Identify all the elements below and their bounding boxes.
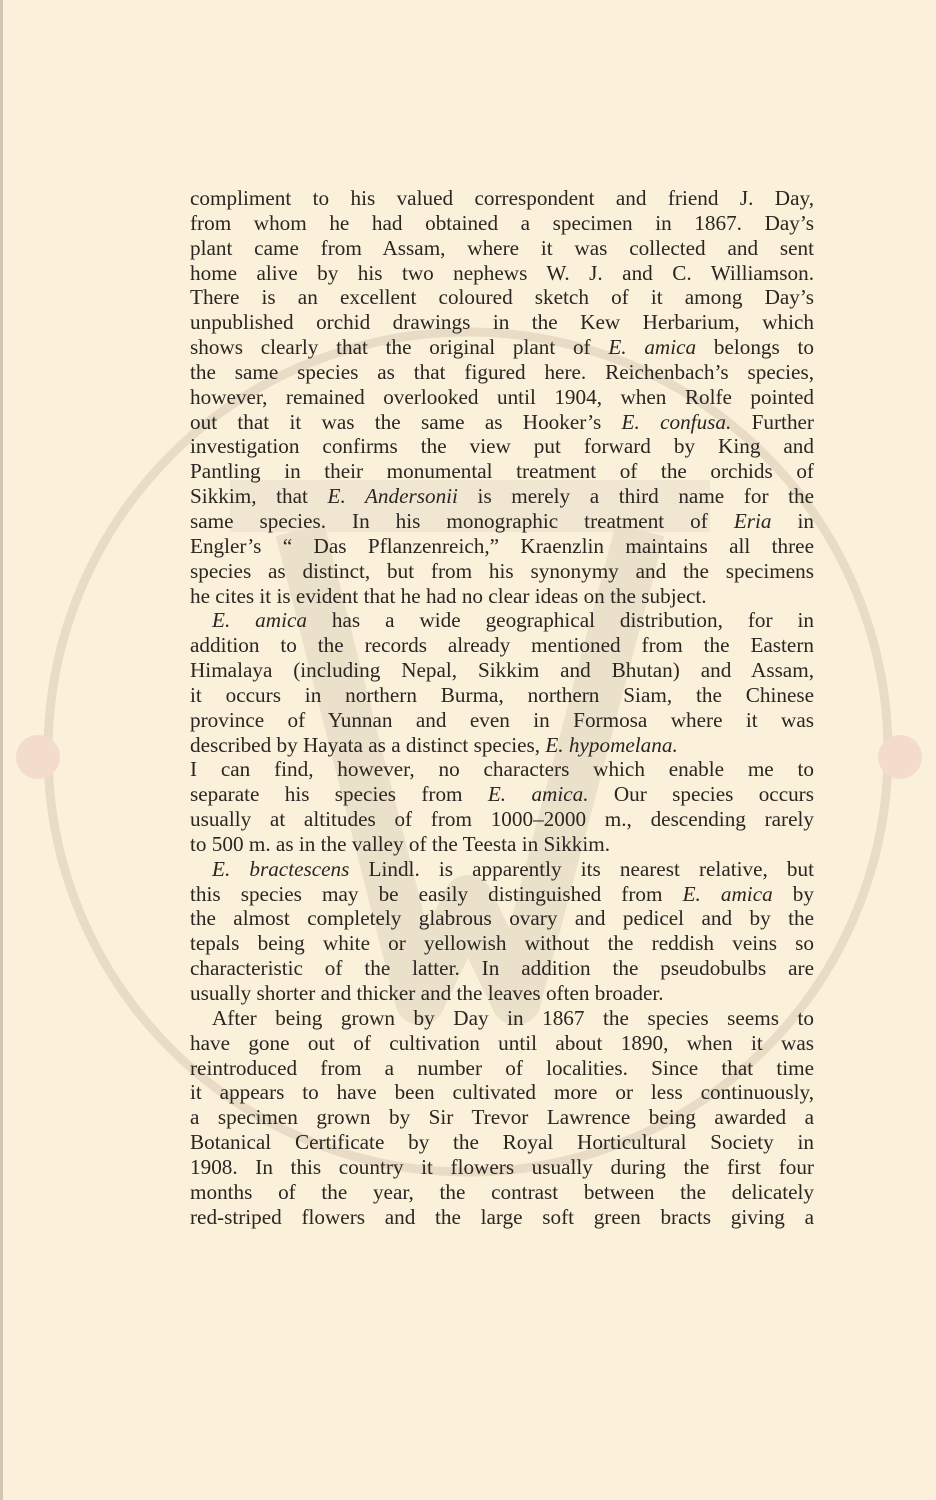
text-segment: has a wide geographical distribution, fo… bbox=[307, 608, 814, 632]
text-line: this species may be easily distinguished… bbox=[190, 882, 814, 907]
text-line: addition to the records already mentione… bbox=[190, 633, 814, 658]
text-line: home alive by his two nephews W. J. and … bbox=[190, 261, 814, 286]
text-segment: out that it was the same as Hooker’s bbox=[190, 410, 622, 434]
text-segment: separate his species from bbox=[190, 782, 488, 806]
text-segment: described by Hayata as a distinct specie… bbox=[190, 733, 545, 757]
text-line: Pantling in their monumental treatment o… bbox=[190, 459, 814, 484]
text-line: to 500 m. as in the valley of the Teesta… bbox=[190, 832, 814, 857]
italic-species-name: E. hypomelana. bbox=[545, 733, 677, 757]
text-line: months of the year, the contrast between… bbox=[190, 1180, 814, 1205]
text-line: tepals being white or yellowish without … bbox=[190, 931, 814, 956]
text-line: red-striped flowers and the large soft g… bbox=[190, 1205, 814, 1230]
italic-species-name: E. confusa. bbox=[622, 410, 732, 434]
text-line: shows clearly that the original plant of… bbox=[190, 335, 814, 360]
text-line: characteristic of the latter. In additio… bbox=[190, 956, 814, 981]
text-line: out that it was the same as Hooker’s E. … bbox=[190, 410, 814, 435]
text-segment: belongs to bbox=[696, 335, 814, 359]
text-segment: Further bbox=[731, 410, 814, 434]
text-line: however, remained overlooked until 1904,… bbox=[190, 385, 814, 410]
text-line: E. amica has a wide geographical distrib… bbox=[190, 608, 814, 633]
text-line: reintroduced from a number of localities… bbox=[190, 1056, 814, 1081]
text-line: a specimen grown by Sir Trevor Lawrence … bbox=[190, 1105, 814, 1130]
text-line: Botanical Certificate by the Royal Horti… bbox=[190, 1130, 814, 1155]
text-line: the almost completely glabrous ovary and… bbox=[190, 906, 814, 931]
italic-species-name: E. amica. bbox=[488, 782, 589, 806]
text-line: E. bractescens Lindl. is apparently its … bbox=[190, 857, 814, 882]
text-line: There is an excellent coloured sketch of… bbox=[190, 285, 814, 310]
text-segment: in bbox=[772, 509, 814, 533]
italic-species-name: Eria bbox=[734, 509, 772, 533]
text-line: usually shorter and thicker and the leav… bbox=[190, 981, 814, 1006]
text-segment: Sikkim, that bbox=[190, 484, 328, 508]
text-line: province of Yunnan and even in Formosa w… bbox=[190, 708, 814, 733]
text-line: separate his species from E. amica. Our … bbox=[190, 782, 814, 807]
text-line: described by Hayata as a distinct specie… bbox=[190, 733, 814, 758]
text-line: Sikkim, that E. Andersonii is merely a t… bbox=[190, 484, 814, 509]
text-line: Engler’s “ Das Pflanzenreich,” Kraenzlin… bbox=[190, 534, 814, 559]
text-line: plant came from Assam, where it was coll… bbox=[190, 236, 814, 261]
text-line: he cites it is evident that he had no cl… bbox=[190, 584, 814, 609]
text-line: from whom he had obtained a specimen in … bbox=[190, 211, 814, 236]
italic-species-name: E. Andersonii bbox=[328, 484, 458, 508]
text-line: the same species as that figured here. R… bbox=[190, 360, 814, 385]
text-segment: this species may be easily distinguished… bbox=[190, 882, 683, 906]
text-line: After being grown by Day in 1867 the spe… bbox=[190, 1006, 814, 1031]
text-line: I can find, however, no characters which… bbox=[190, 757, 814, 782]
italic-species-name: E. amica bbox=[608, 335, 696, 359]
text-line: unpublished orchid drawings in the Kew H… bbox=[190, 310, 814, 335]
page-edge bbox=[0, 0, 3, 1500]
text-line: same species. In his monographic treatme… bbox=[190, 509, 814, 534]
text-line: compliment to his valued correspondent a… bbox=[190, 186, 814, 211]
text-line: usually at altitudes of from 1000–2000 m… bbox=[190, 807, 814, 832]
body-text: compliment to his valued correspondent a… bbox=[190, 186, 814, 1229]
text-segment: Our species occurs bbox=[589, 782, 814, 806]
italic-species-name: E. amica bbox=[212, 608, 307, 632]
text-line: Himalaya (including Nepal, Sikkim and Bh… bbox=[190, 658, 814, 683]
text-line: 1908. In this country it flowers usually… bbox=[190, 1155, 814, 1180]
text-line: species as distinct, but from his synony… bbox=[190, 559, 814, 584]
italic-species-name: E. amica bbox=[683, 882, 773, 906]
italic-species-name: E. bractescens bbox=[212, 857, 349, 881]
text-segment: shows clearly that the original plant of bbox=[190, 335, 608, 359]
text-segment: same species. In his monographic treatme… bbox=[190, 509, 734, 533]
text-segment: is merely a third name for the bbox=[458, 484, 814, 508]
text-segment: Lindl. is apparently its nearest relativ… bbox=[349, 857, 814, 881]
text-line: it appears to have been cultivated more … bbox=[190, 1080, 814, 1105]
text-line: it occurs in northern Burma, northern Si… bbox=[190, 683, 814, 708]
text-segment: by bbox=[773, 882, 814, 906]
text-line: have gone out of cultivation until about… bbox=[190, 1031, 814, 1056]
text-line: investigation confirms the view put forw… bbox=[190, 434, 814, 459]
